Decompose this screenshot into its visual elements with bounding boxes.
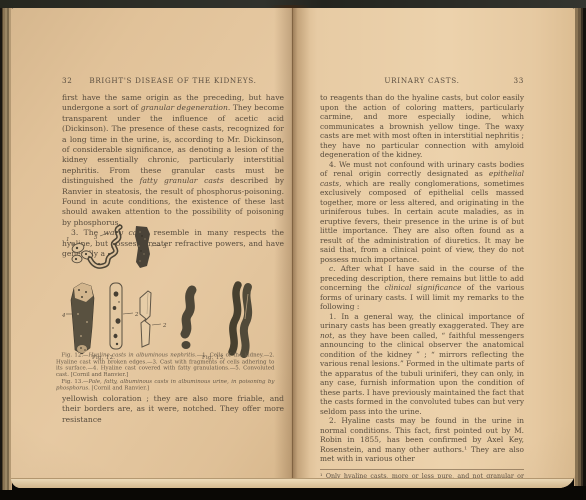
left-running-header: 32 BRIGHT'S DISEASE OF THE KIDNEYS. <box>62 76 284 85</box>
text-segment: . They become transparent under the infl… <box>62 103 284 185</box>
right-body-text: to reagents than do the hyaline casts, b… <box>320 93 524 488</box>
fig12-fig13-drawing: 1 5 <box>62 224 272 362</box>
callout-2: 2 <box>134 312 139 318</box>
text-segment: yellowish coloration ; they are also mor… <box>62 394 284 424</box>
granular-column-cast <box>135 226 150 268</box>
callout-1: 1 <box>66 237 70 243</box>
fig13-broken-cast <box>182 290 193 349</box>
convoluted-cast <box>90 227 120 266</box>
page-edge-stack-right <box>574 8 586 486</box>
fatty-granulation-cast <box>71 283 94 354</box>
paragraph: 4. We must not confound with urinary cas… <box>320 160 524 265</box>
text-segment: to reagents than do the hyaline casts, b… <box>320 93 524 159</box>
gutter-crease <box>292 8 293 488</box>
left-header-title: BRIGHT'S DISEASE OF THE KIDNEYS. <box>88 76 258 85</box>
fig13-long-cast <box>232 285 248 354</box>
caption-fig13: Fig. 13.—Pale, fatty, albuminous casts i… <box>56 378 274 391</box>
left-body-text-after-figure: yellowish coloration ; they are also mor… <box>62 394 284 425</box>
callout-2b: 2 <box>162 323 167 329</box>
paragraph: first have the same origin as the preced… <box>62 93 284 228</box>
callout-3: 3 <box>163 244 167 250</box>
broken-edge-hyaline-cast <box>140 291 151 347</box>
text-segment: not <box>320 331 332 340</box>
left-page-number: 32 <box>62 76 88 85</box>
right-running-header: URINARY CASTS. 33 <box>320 76 524 85</box>
figure-caption: Fig. 12.—Hyaline casts in albuminous nep… <box>56 352 274 391</box>
text-segment: 1. In a general way, the clinical import… <box>320 312 524 331</box>
figure-illustration: 1 5 <box>62 224 272 362</box>
paragraph: c. After what I have said in the course … <box>320 264 524 312</box>
callout-5: 5 <box>94 235 98 241</box>
page-bottom-edges <box>11 478 575 488</box>
book-photo: 32 BRIGHT'S DISEASE OF THE KIDNEYS. firs… <box>0 0 586 500</box>
text-segment: clinical significance <box>385 283 462 292</box>
text-segment: 2. Hyaline casts may be found in the uri… <box>320 416 524 463</box>
caption-fig12: Fig. 12.—Hyaline casts in albuminous nep… <box>56 352 274 378</box>
callout-4: 4 <box>62 313 66 319</box>
open-book-spread: 32 BRIGHT'S DISEASE OF THE KIDNEYS. firs… <box>11 8 575 488</box>
text-segment: [Cornil and Ranvier.] <box>90 384 149 391</box>
text-segment: , which are really conglomerations, some… <box>320 179 524 264</box>
right-page-number: 33 <box>498 76 524 85</box>
paragraph: to reagents than do the hyaline casts, b… <box>320 93 524 160</box>
text-segment: granular degeneration <box>141 103 228 112</box>
paragraph: 1. In a general way, the clinical import… <box>320 312 524 417</box>
paragraph: 2. Hyaline casts may be found in the uri… <box>320 416 524 464</box>
text-segment: Pale, fatty, albuminous casts in albumin… <box>56 377 274 390</box>
text-segment: , as they have been called, “ faithful m… <box>320 331 524 416</box>
text-segment: fatty granular casts <box>140 176 224 185</box>
right-header-title: URINARY CASTS. <box>346 76 498 85</box>
right-paragraphs: to reagents than do the hyaline casts, b… <box>320 93 524 464</box>
paragraph: yellowish coloration ; they are also mor… <box>62 394 284 425</box>
spotted-hyaline-cast <box>110 283 122 349</box>
